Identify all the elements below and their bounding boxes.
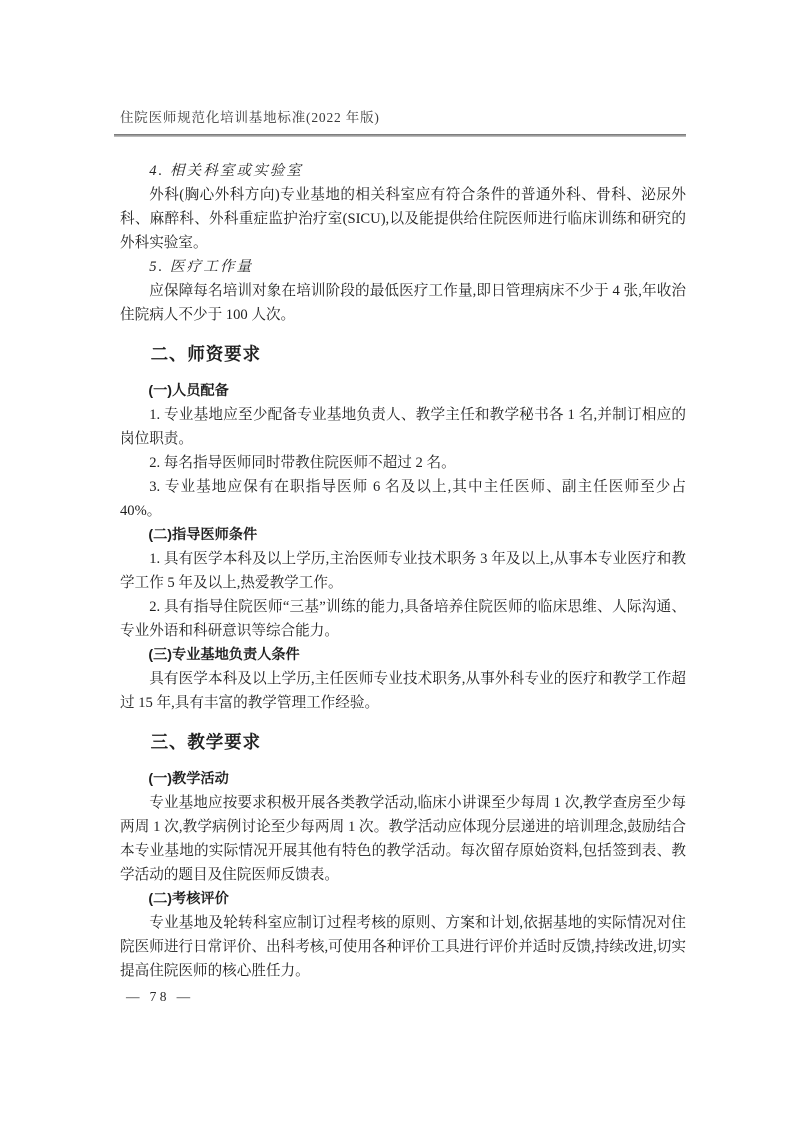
section-heading: 三、教学要求: [120, 727, 686, 757]
body-paragraph: 外科(胸心外科方向)专业基地的相关科室应有符合条件的普通外科、骨科、泌尿外科、麻…: [120, 183, 686, 255]
header-rule: [114, 134, 686, 137]
body-paragraph: 应保障每名培训对象在培训阶段的最低医疗工作量,即日管理病床不少于 4 张,年收治…: [120, 279, 686, 327]
body-paragraph: 2. 具有指导住院医师“三基”训练的能力,具备培养住院医师的临床思维、人际沟通、…: [120, 595, 686, 643]
subsection-heading: (二)指导医师条件: [120, 523, 686, 547]
body-paragraph: 2. 每名指导医师同时带教住院医师不超过 2 名。: [120, 451, 686, 475]
document-body: 4. 相关科室或实验室 外科(胸心外科方向)专业基地的相关科室应有符合条件的普通…: [120, 159, 686, 983]
subsection-kai-item: 4. 相关科室或实验室: [120, 159, 686, 183]
body-paragraph: 具有医学本科及以上学历,主任医师专业技术职务,从事外科专业的医疗和教学工作超过 …: [120, 667, 686, 715]
subsection-heading: (一)人员配备: [120, 379, 686, 403]
body-paragraph: 1. 专业基地应至少配备专业基地负责人、教学主任和教学秘书各 1 名,并制订相应…: [120, 403, 686, 451]
subsection-heading: (一)教学活动: [120, 767, 686, 791]
subsection-heading: (二)考核评价: [120, 887, 686, 911]
page-number: — 78 —: [120, 989, 686, 1005]
running-head: 住院医师规范化培训基地标准(2022 年版): [120, 106, 686, 126]
body-paragraph: 专业基地及轮转科室应制订过程考核的原则、方案和计划,依据基地的实际情况对住院医师…: [120, 911, 686, 983]
subsection-heading: (三)专业基地负责人条件: [120, 643, 686, 667]
body-paragraph: 3. 专业基地应保有在职指导医师 6 名及以上,其中主任医师、副主任医师至少占 …: [120, 475, 686, 523]
body-paragraph: 专业基地应按要求积极开展各类教学活动,临床小讲课至少每周 1 次,教学查房至少每…: [120, 791, 686, 887]
section-heading: 二、师资要求: [120, 339, 686, 369]
document-page: 住院医师规范化培训基地标准(2022 年版) 4. 相关科室或实验室 外科(胸心…: [0, 0, 800, 1131]
body-paragraph: 1. 具有医学本科及以上学历,主治医师专业技术职务 3 年及以上,从事本专业医疗…: [120, 547, 686, 595]
subsection-kai-item: 5. 医疗工作量: [120, 255, 686, 279]
